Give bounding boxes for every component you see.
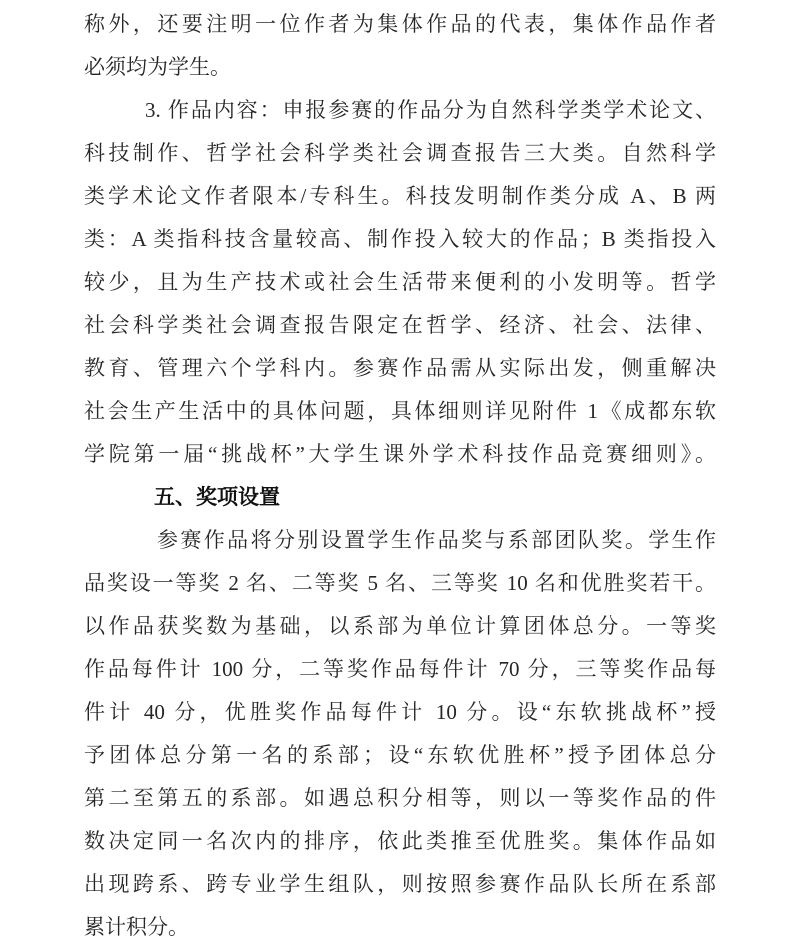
- text-line: 类学术论文作者限本/专科生。科技发明制作类分成 A、B 两: [84, 175, 716, 218]
- text-line: 第二至第五的系部。如遇总积分相等，则以一等奖作品的件: [84, 777, 716, 820]
- text-line: 出现跨系、跨专业学生组队，则按照参赛作品队长所在系部: [84, 863, 716, 906]
- text-line: 教育、管理六个学科内。参赛作品需从实际出发，侧重解决: [84, 347, 716, 390]
- text-line: 必须均为学生。: [84, 46, 716, 89]
- text-line: 品奖设一等奖 2 名、二等奖 5 名、三等奖 10 名和优胜奖若干。: [84, 562, 716, 605]
- document-body-text: 称外，还要注明一位作者为集体作品的代表，集体作品作者 必须均为学生。 3. 作品…: [84, 3, 716, 945]
- text-line: 较少，且为生产技术或社会生活带来便利的小发明等。哲学: [84, 261, 716, 304]
- text-line: 学院第一届“挑战杯”大学生课外学术科技作品竞赛细则》。: [84, 433, 716, 476]
- text-line: 件计 40 分，优胜奖作品每件计 10 分。设“东软挑战杯”授: [84, 691, 716, 734]
- text-line: 科技制作、哲学社会科学类社会调查报告三大类。自然科学: [84, 132, 716, 175]
- section-heading: 五、奖项设置: [84, 476, 716, 519]
- text-line: 以作品获奖数为基础，以系部为单位计算团体总分。一等奖: [84, 605, 716, 648]
- text-line: 社会生产生活中的具体问题，具体细则详见附件 1《成都东软: [84, 390, 716, 433]
- text-line: 类：A 类指科技含量较高、制作投入较大的作品；B 类指投入: [84, 218, 716, 261]
- text-line: 予团体总分第一名的系部；设“东软优胜杯”授予团体总分: [84, 734, 716, 777]
- text-line: 3. 作品内容：申报参赛的作品分为自然科学类学术论文、: [84, 89, 716, 132]
- text-line: 称外，还要注明一位作者为集体作品的代表，集体作品作者: [84, 3, 716, 46]
- text-line: 社会科学类社会调查报告限定在哲学、经济、社会、法律、: [84, 304, 716, 347]
- document-page: 称外，还要注明一位作者为集体作品的代表，集体作品作者 必须均为学生。 3. 作品…: [0, 0, 800, 945]
- text-line: 参赛作品将分别设置学生作品奖与系部团队奖。学生作: [84, 519, 716, 562]
- text-line: 数决定同一名次内的排序，依此类推至优胜奖。集体作品如: [84, 820, 716, 863]
- text-line: 作品每件计 100 分，二等奖作品每件计 70 分，三等奖作品每: [84, 648, 716, 691]
- text-line: 累计积分。: [84, 906, 716, 945]
